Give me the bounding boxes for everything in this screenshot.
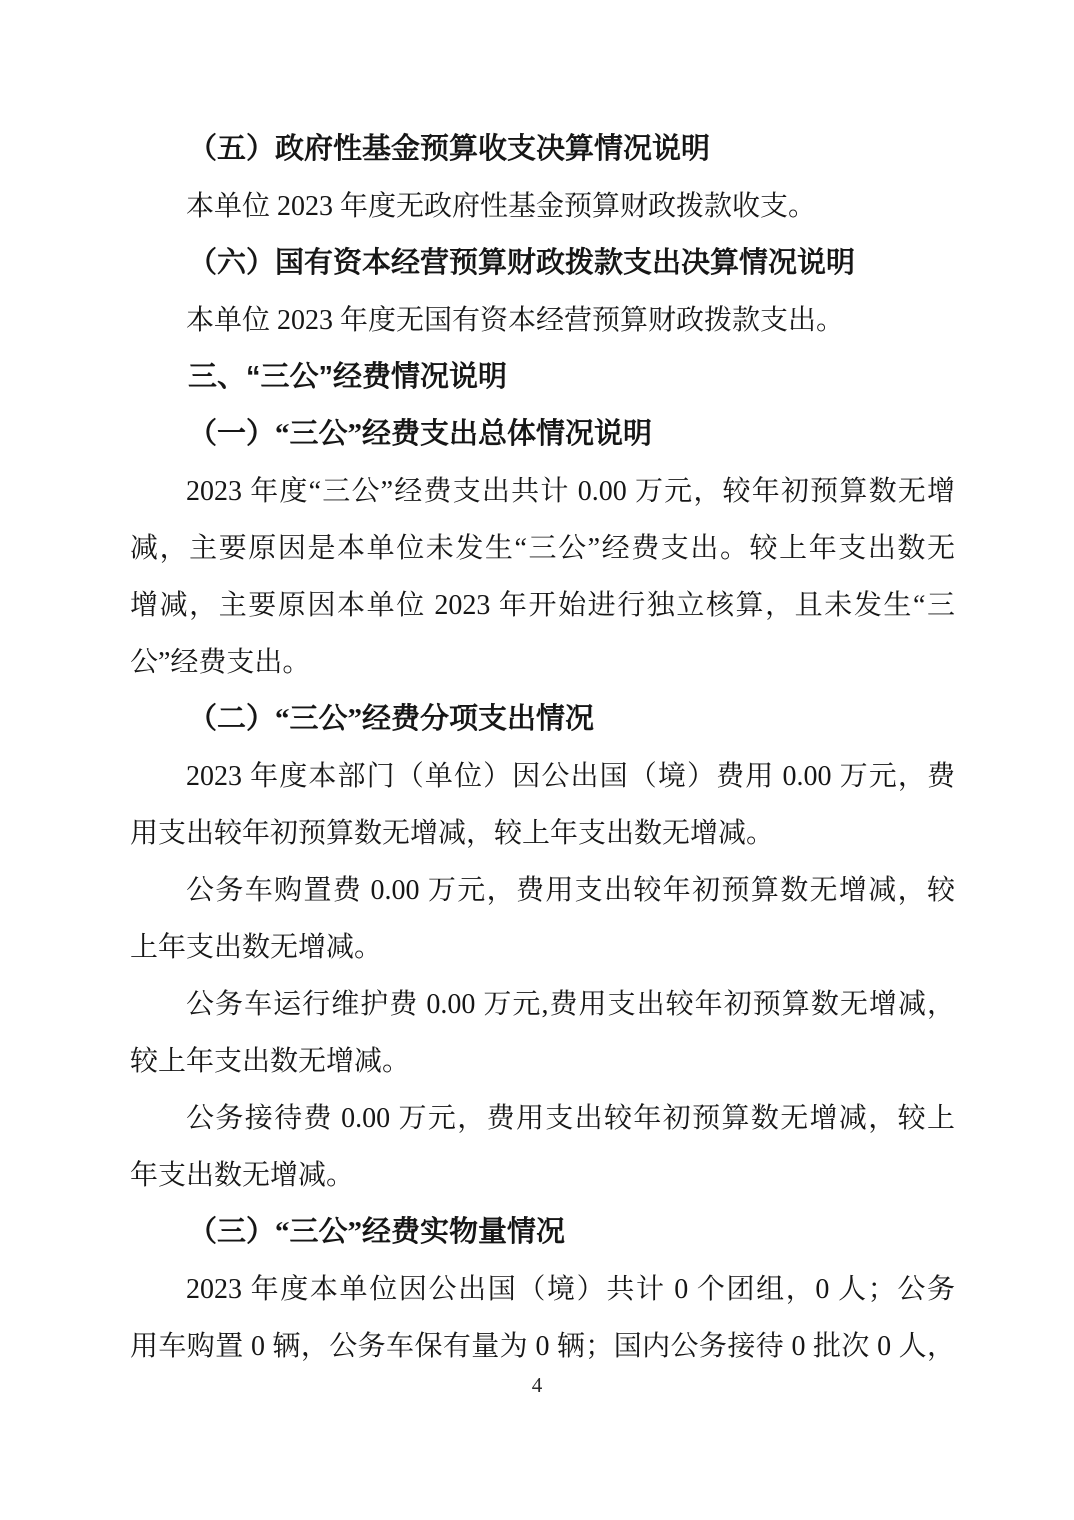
subsection-2-line-2: 用支出较年初预算数无增减，较上年支出数无增减。 bbox=[130, 805, 955, 862]
page-number: 4 bbox=[0, 1368, 1074, 1402]
section-6-heading: （六）国有资本经营预算财政拨款支出决算情况说明 bbox=[130, 235, 955, 292]
section-6-paragraph: 本单位 2023 年度无国有资本经营预算财政拨款支出。 bbox=[130, 292, 955, 349]
part-3-heading: 三、“三公”经费情况说明 bbox=[130, 349, 955, 406]
subsection-2-line-3: 公务车购置费 0.00 万元，费用支出较年初预算数无增减，较 bbox=[130, 862, 955, 919]
subsection-2-line-1: 2023 年度本部门（单位）因公出国（境）费用 0.00 万元，费 bbox=[130, 748, 955, 805]
subsection-2-line-7: 公务接待费 0.00 万元，费用支出较年初预算数无增减，较上 bbox=[130, 1090, 955, 1147]
subsection-2-line-5: 公务车运行维护费 0.00 万元,费用支出较年初预算数无增减， bbox=[130, 976, 955, 1033]
subsection-1-line-4: 公”经费支出。 bbox=[130, 634, 955, 691]
subsection-1-heading: （一）“三公”经费支出总体情况说明 bbox=[130, 406, 955, 463]
subsection-3-heading: （三）“三公”经费实物量情况 bbox=[130, 1204, 955, 1261]
subsection-3-line-2: 用车购置 0 辆，公务车保有量为 0 辆；国内公务接待 0 批次 0 人， bbox=[130, 1318, 955, 1375]
subsection-2-line-6: 较上年支出数无增减。 bbox=[130, 1033, 955, 1090]
subsection-3-line-1: 2023 年度本单位因公出国（境）共计 0 个团组，0 人；公务 bbox=[130, 1261, 955, 1318]
document-content: （五）政府性基金预算收支决算情况说明 本单位 2023 年度无政府性基金预算财政… bbox=[130, 121, 955, 1375]
subsection-2-line-4: 上年支出数无增减。 bbox=[130, 919, 955, 976]
section-5-paragraph: 本单位 2023 年度无政府性基金预算财政拨款收支。 bbox=[130, 178, 955, 235]
subsection-2-heading: （二）“三公”经费分项支出情况 bbox=[130, 691, 955, 748]
subsection-1-line-3: 增减，主要原因本单位 2023 年开始进行独立核算，且未发生“三 bbox=[130, 577, 955, 634]
section-5-heading: （五）政府性基金预算收支决算情况说明 bbox=[130, 121, 955, 178]
subsection-1-line-1: 2023 年度“三公”经费支出共计 0.00 万元，较年初预算数无增 bbox=[130, 463, 955, 520]
subsection-2-line-8: 年支出数无增减。 bbox=[130, 1147, 955, 1204]
subsection-1-line-2: 减，主要原因是本单位未发生“三公”经费支出。较上年支出数无 bbox=[130, 520, 955, 577]
document-page: （五）政府性基金预算收支决算情况说明 本单位 2023 年度无政府性基金预算财政… bbox=[0, 0, 1074, 1520]
